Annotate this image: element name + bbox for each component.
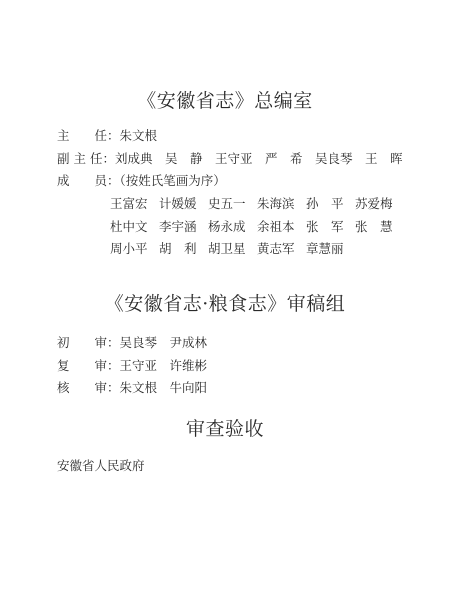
row-label: 副 主 任： [57, 151, 115, 166]
member-line: 杜中文李宇涵杨永成余祖本张 军张 慧 [110, 218, 404, 236]
row-second-review: 复 审：王守亚 许维彬 [57, 357, 207, 375]
section-title: 《安徽省志》总编室 [0, 86, 450, 113]
row-first-review: 初 审：吴良琴 尹成林 [57, 334, 207, 352]
row-label: 复 审： [57, 358, 120, 373]
row-value: 朱文根 [120, 128, 158, 143]
acceptance-body: 安徽省人民政府 [57, 456, 145, 474]
row-label: 核 审： [57, 380, 120, 395]
member-name: 李宇涵 [159, 218, 208, 236]
member-name: 张 慧 [355, 218, 404, 236]
row-deputy-director: 副 主 任：刘成典 吴 静 王守亚 严 希 吴良琴 王 晖 [57, 150, 402, 168]
member-name: 胡卫星 [208, 240, 257, 258]
member-name: 朱海滨 [257, 195, 306, 213]
member-name: 周小平 [110, 240, 159, 258]
member-name: 王富宏 [110, 195, 159, 213]
row-members: 成 员：（按姓氏笔画为序） [57, 172, 226, 190]
member-name: 胡 利 [159, 240, 208, 258]
row-value: （按姓氏笔画为序） [120, 173, 226, 188]
row-value: 吴良琴 尹成林 [120, 335, 208, 350]
row-value: 刘成典 吴 静 王守亚 严 希 吴良琴 王 晖 [115, 151, 403, 166]
member-name: 计媛媛 [159, 195, 208, 213]
section-title: 审查验收 [0, 414, 450, 441]
member-name: 余祖本 [257, 218, 306, 236]
row-label: 主 任： [57, 128, 120, 143]
row-value: 王守亚 许维彬 [120, 358, 208, 373]
member-name: 杜中文 [110, 218, 159, 236]
section-title: 《安徽省志·粮食志》审稿组 [0, 289, 450, 316]
row-label: 初 审： [57, 335, 120, 350]
row-director: 主 任：朱文根 [57, 127, 157, 145]
member-name: 孙 平 [306, 195, 355, 213]
member-name: 张 军 [306, 218, 355, 236]
row-label: 成 员： [57, 173, 120, 188]
member-name: 杨永成 [208, 218, 257, 236]
member-name: 苏爱梅 [355, 195, 404, 213]
member-line: 王富宏计媛媛史五一朱海滨孙 平苏爱梅 [110, 195, 404, 213]
member-line: 周小平胡 利胡卫星黄志军章慧丽 [110, 240, 355, 258]
member-name: 章慧丽 [306, 240, 355, 258]
row-final-review: 核 审：朱文根 牛向阳 [57, 379, 207, 397]
member-name: 黄志军 [257, 240, 306, 258]
member-name: 史五一 [208, 195, 257, 213]
row-value: 朱文根 牛向阳 [120, 380, 208, 395]
